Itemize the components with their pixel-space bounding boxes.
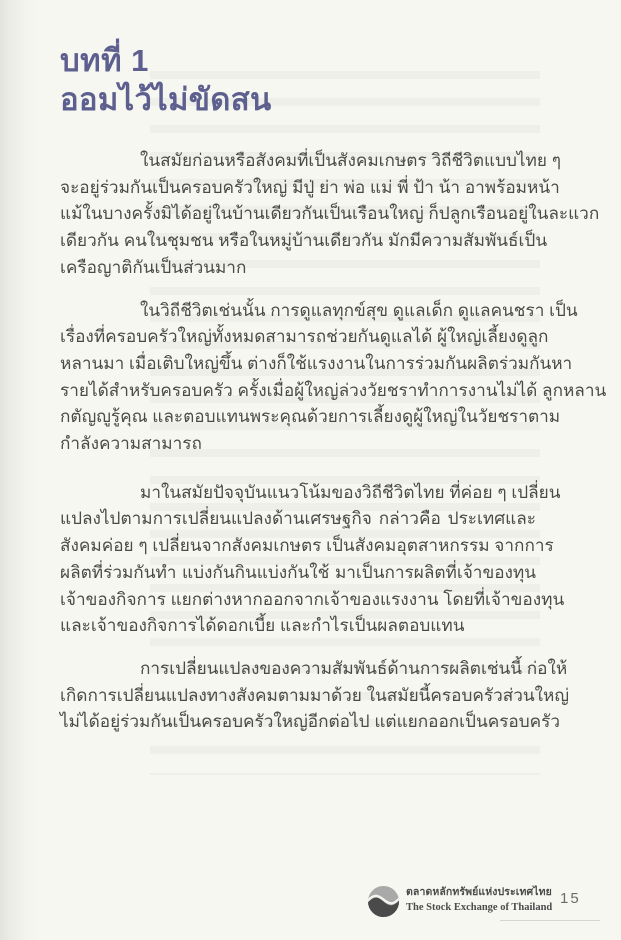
- paragraph-3: มาในสมัยปัจจุบันแนวโน้มของวิถีชีวิตไทย ท…: [60, 479, 536, 639]
- paragraph-4: การเปลี่ยนแปลงของความสัมพันธ์ด้านการผลิต…: [60, 655, 536, 735]
- text-line: แม้ในบางครั้งมิได้อยู่ในบ้านเดียวกันเป็น…: [60, 200, 536, 227]
- text-line: กำลังความสามารถ: [60, 430, 536, 457]
- text-line: เจ้าของกิจการ แยกต่างหากออกจากเจ้าของแรง…: [60, 586, 536, 613]
- publisher-footer: ตลาดหลักทรัพย์แห่งประเทศไทย The Stock Ex…: [365, 882, 565, 922]
- publisher-name-english: The Stock Exchange of Thailand: [406, 900, 552, 915]
- paragraph-1: ในสมัยก่อนหรือสังคมที่เป็นสังคมเกษตร วิถ…: [60, 147, 536, 281]
- text-line: แปลงไปตามการเปลี่ยนแปลงด้านเศรษฐกิจ กล่า…: [60, 505, 536, 532]
- text-line: เครือญาติกันเป็นส่วนมาก: [60, 254, 536, 281]
- text-line: ผลิตที่ร่วมกันทำ แบ่งกันกินแบ่งกันใช้ มา…: [60, 559, 536, 586]
- text-line: ในสมัยก่อนหรือสังคมที่เป็นสังคมเกษตร วิถ…: [60, 147, 536, 174]
- body-text: ในสมัยก่อนหรือสังคมที่เป็นสังคมเกษตร วิถ…: [60, 147, 536, 751]
- publisher-name: ตลาดหลักทรัพย์แห่งประเทศไทย The Stock Ex…: [406, 886, 552, 915]
- chapter-title: ออมไว้ไม่ขัดสน: [60, 80, 271, 120]
- page-number: 15: [560, 890, 581, 907]
- chapter-number: บทที่ 1: [60, 42, 271, 80]
- text-line: สังคมค่อย ๆ เปลี่ยนจากสังคมเกษตร เป็นสัง…: [60, 532, 536, 559]
- text-line: เดียวกัน คนในชุมชน หรือในหมู่บ้านเดียวกั…: [60, 227, 536, 254]
- text-line: การเปลี่ยนแปลงของความสัมพันธ์ด้านการผลิต…: [60, 655, 536, 682]
- paper-crease: [500, 920, 600, 921]
- paragraph-2: ในวิถีชีวิตเช่นนั้น การดูแลทุกข์สุข ดูแล…: [60, 297, 536, 457]
- text-line: จะอยู่ร่วมกันเป็นครอบครัวใหญ่ มีปู่ ย่า …: [60, 174, 536, 201]
- text-line: เกิดการเปลี่ยนแปลงทางสังคมตามมาด้วย ในสม…: [60, 682, 536, 709]
- chapter-header: บทที่ 1 ออมไว้ไม่ขัดสน: [60, 42, 271, 120]
- text-line: กตัญญูรู้คุณ และตอบแทนพระคุณด้วยการเลี้ย…: [60, 403, 536, 430]
- text-line: หลานมา เมื่อเติบใหญ่ขึ้น ต่างก็ใช้แรงงาน…: [60, 350, 536, 377]
- book-page: บทที่ 1 ออมไว้ไม่ขัดสน ในสมัยก่อนหรือสัง…: [0, 0, 621, 940]
- text-line: มาในสมัยปัจจุบันแนวโน้มของวิถีชีวิตไทย ท…: [60, 479, 536, 506]
- text-line: ในวิถีชีวิตเช่นนั้น การดูแลทุกข์สุข ดูแล…: [60, 297, 536, 324]
- text-line: ไม่ได้อยู่ร่วมกันเป็นครอบครัวใหญ่อีกต่อไ…: [60, 708, 536, 735]
- text-line: รายได้สำหรับครอบครัว ครั้งเมื่อผู้ใหญ่ล่…: [60, 377, 536, 404]
- publisher-name-thai: ตลาดหลักทรัพย์แห่งประเทศไทย: [406, 886, 552, 900]
- text-line: เรื่องที่ครอบครัวใหญ่ทั้งหมดสามารถช่วยกั…: [60, 323, 536, 350]
- set-logo-icon: [367, 885, 400, 918]
- text-line: และเจ้าของกิจการได้ดอกเบี้ย และกำไรเป็นผ…: [60, 612, 536, 639]
